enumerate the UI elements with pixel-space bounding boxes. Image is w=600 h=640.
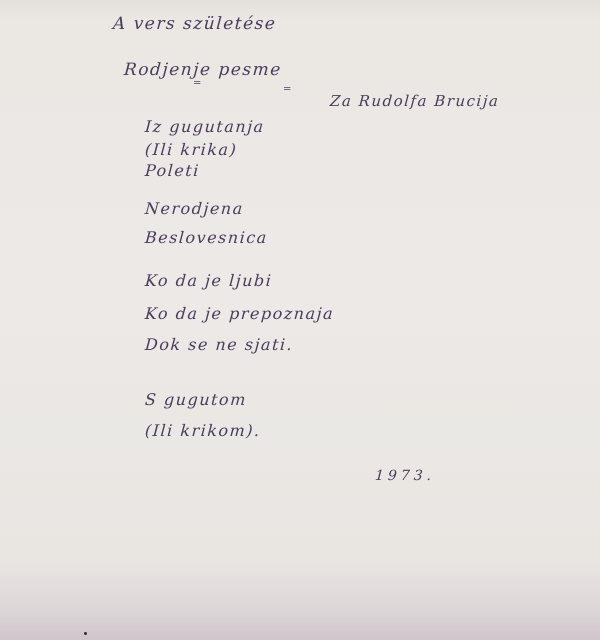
manuscript-page: A vers születése Rodjenje pesme = = Za R… bbox=[0, 0, 600, 640]
dedication: Za Rudolfa Brucija bbox=[329, 92, 500, 110]
stanza1-line1: Iz gugutanja bbox=[144, 117, 265, 136]
double-underline-mark: = bbox=[193, 78, 201, 89]
date: 1973. bbox=[374, 468, 435, 484]
stanza1-line2: (Ili krika) bbox=[144, 140, 238, 159]
stanza4-line2: (Ili krikom). bbox=[144, 421, 261, 440]
stanza3-line3: Dok se ne sjati. bbox=[144, 335, 294, 354]
title-serbian: Rodjenje pesme bbox=[123, 60, 282, 80]
stanza2-line2: Beslovesnica bbox=[144, 228, 268, 247]
stanza2-line1: Nerodjena bbox=[144, 199, 244, 218]
stanza3-line1: Ko da je ljubi bbox=[144, 271, 273, 290]
stanza3-line2: Ko da je prepoznaja bbox=[144, 304, 334, 323]
stanza1-line3: Poleti bbox=[144, 161, 200, 180]
double-underline-mark: = bbox=[283, 84, 291, 95]
ink-speck bbox=[84, 632, 87, 635]
stanza4-line1: S gugutom bbox=[144, 390, 247, 409]
title-hungarian: A vers születése bbox=[112, 14, 277, 34]
